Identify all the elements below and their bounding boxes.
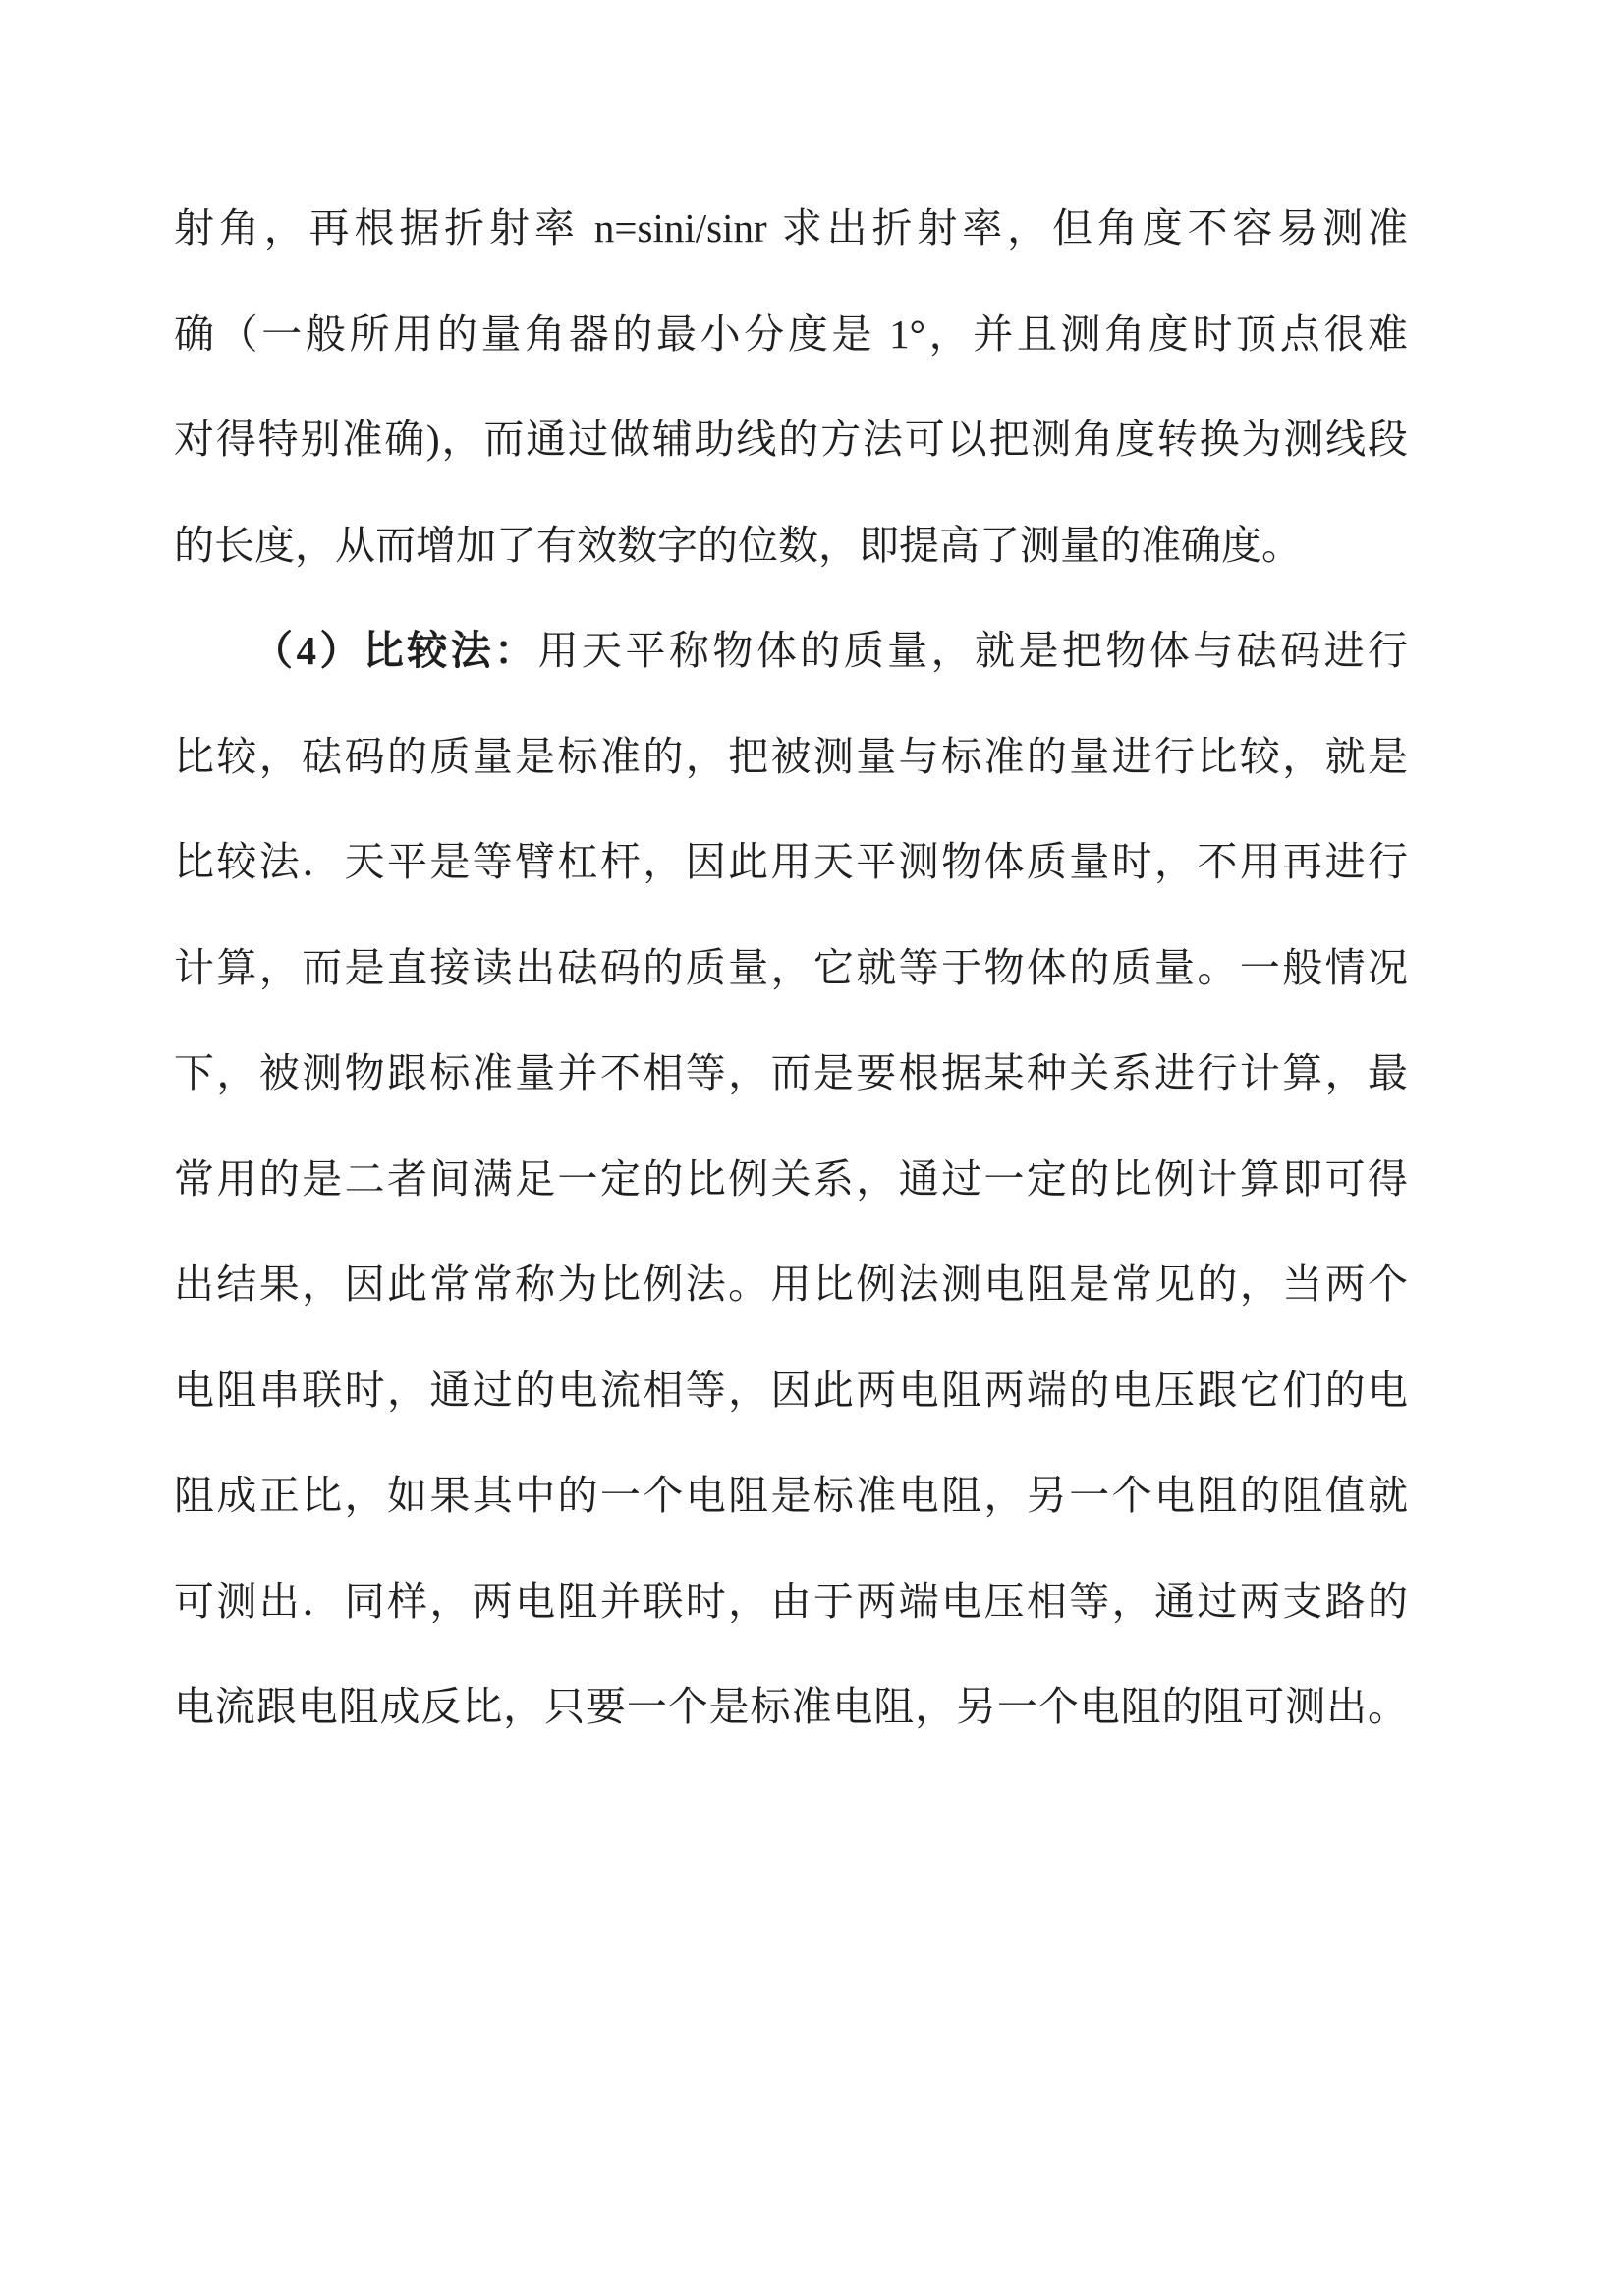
text-line-1: 射角，再根据折射率 n=sini/sinr 求出折射率，但角度不容易测准 — [174, 176, 1408, 282]
text-line-3: 对得特别准确)，而通过做辅助线的方法可以把测角度转换为测线段 — [174, 387, 1408, 493]
text-line-5: （4）比较法：用天平称物体的质量，就是把物体与砝码进行 — [174, 598, 1408, 704]
text-line-7: 比较法．天平是等臂杠杆，因此用天平测物体质量时，不用再进行 — [174, 810, 1408, 916]
bold-lead-text: （4）比较法： — [252, 628, 538, 673]
text-line-14: 可测出．同样，两电阻并联时，由于两端电压相等，通过两支路的 — [174, 1549, 1408, 1655]
text-line-2: 确（一般所用的量角器的最小分度是 1°，并且测角度时顶点很难 — [174, 282, 1408, 388]
text-line-11: 出结果，因此常常称为比例法。用比例法测电阻是常见的，当两个 — [174, 1232, 1408, 1338]
line-text: 用天平称物体的质量，就是把物体与砝码进行 — [538, 628, 1408, 673]
text-line-12: 电阻串联时，通过的电流相等，因此两电阻两端的电压跟它们的电 — [174, 1338, 1408, 1444]
text-line-6: 比较，砝码的质量是标准的，把被测量与标准的量进行比较，就是 — [174, 704, 1408, 811]
text-line-9: 下，被测物跟标准量并不相等，而是要根据某种关系进行计算，最 — [174, 1021, 1408, 1127]
text-line-4: 的长度，从而增加了有效数字的位数，即提高了测量的准确度。 — [174, 493, 1408, 599]
document-text-block: 射角，再根据折射率 n=sini/sinr 求出折射率，但角度不容易测准确（一般… — [174, 176, 1408, 1761]
text-line-10: 常用的是二者间满足一定的比例关系，通过一定的比例计算即可得 — [174, 1127, 1408, 1233]
document-page: 射角，再根据折射率 n=sini/sinr 求出折射率，但角度不容易测准确（一般… — [0, 0, 1624, 2293]
text-line-13: 阻成正比，如果其中的一个电阻是标准电阻，另一个电阻的阻值就 — [174, 1443, 1408, 1549]
text-line-8: 计算，而是直接读出砝码的质量，它就等于物体的质量。一般情况 — [174, 916, 1408, 1022]
text-line-15: 电流跟电阻成反比，只要一个是标准电阻，另一个电阻的阻可测出。 — [174, 1654, 1408, 1761]
